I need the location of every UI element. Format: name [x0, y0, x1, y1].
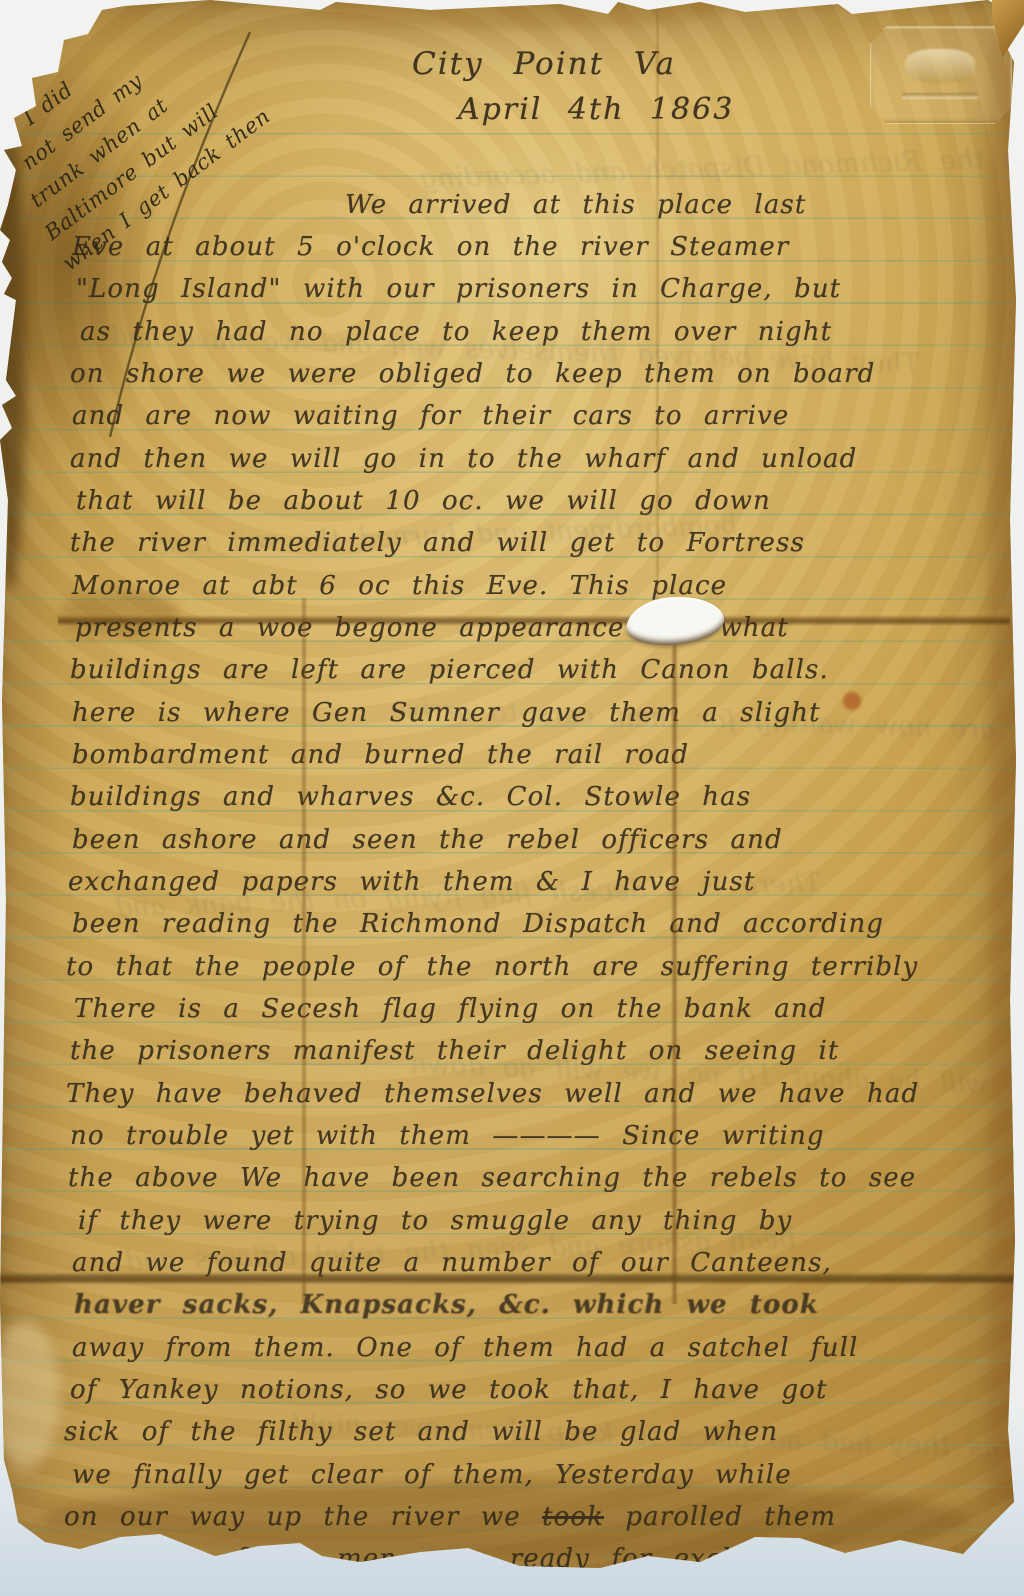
strike-post: parolled them [604, 1502, 836, 1532]
letter-line: as they had no place to keep them over n… [80, 317, 832, 347]
letter-line: sick of the filthy set and will be glad … [64, 1417, 778, 1447]
strike-pre: on our way up the river we [64, 1502, 542, 1532]
stain [300, 0, 730, 28]
embossed-bar [901, 93, 979, 99]
letter-line: of Yankey notions, so we took that, I ha… [70, 1375, 828, 1405]
letter-line: on shore we were obliged to keep them on… [70, 359, 875, 389]
letter-line: the prisoners manifest their delight on … [70, 1036, 839, 1066]
letter-line: the river immediately and will get to Fo… [70, 528, 805, 558]
letter-line: buildings and wharves &c. Col. Stowle ha… [70, 782, 751, 812]
letter-line: been ashore and seen the rebel officers … [72, 825, 783, 855]
letter-line: been reading the Richmond Dispatch and a… [72, 909, 884, 939]
scanned-letter: been reading the Richmond Dispatch and a… [0, 0, 1024, 1596]
letter-date: April 4th 1863 [458, 92, 734, 127]
letter-paper: been reading the Richmond Dispatch and a… [0, 0, 1018, 1576]
letter-line: and are now waiting for their cars to ar… [72, 401, 789, 431]
letter-line-smeared: haver sacks, Knapsacks, &c. which we too… [74, 1290, 819, 1320]
letter-line: we finally get clear of them, Yesterday … [72, 1460, 792, 1490]
letter-line: away from them. One of them had a satche… [72, 1333, 858, 1363]
letter-line: the above We have been searching the reb… [68, 1163, 916, 1193]
letter-line: that will be about 10 oc. we will go dow… [76, 486, 771, 516]
letter-line: and we found quite a number of our Cante… [72, 1248, 832, 1278]
letter-line: bombardment and burned the rail road [72, 740, 689, 770]
embossed-seal [870, 26, 1012, 124]
letter-line: There is a Secesh flag flying on the ban… [74, 994, 827, 1024]
letter-line: no trouble yet with them ———— Since writ… [70, 1121, 825, 1151]
letter-line: as none of our men were ready for exchan… [76, 1544, 808, 1574]
letter-line: We arrived at this place last [345, 190, 806, 220]
letter-line: "Long Island" with our prisoners in Char… [76, 274, 841, 304]
letter-line: They have behaved themselves well and we… [66, 1079, 919, 1109]
letter-line: here is where Gen Sumner gave them a sli… [72, 698, 821, 728]
letter-line: Monroe at abt 6 oc this Eve. This place [72, 571, 727, 601]
embossed-crest [905, 49, 975, 83]
letter-line: buildings are left are pierced with Cano… [70, 655, 829, 685]
letter-line: exchanged papers with them & I have just [68, 867, 755, 897]
letter-line: Eve at about 5 o'clock on the river Stea… [72, 232, 789, 262]
letter-line: if they were trying to smuggle any thing… [78, 1206, 792, 1236]
letter-place: City Point Va [412, 46, 676, 82]
letter-line: and then we will go in to the wharf and … [70, 444, 857, 474]
letter-line-with-strikethrough: on our way up the river we took parolled… [64, 1502, 836, 1532]
letter-line: to that the people of the north are suff… [66, 952, 918, 982]
struck-word: took [542, 1502, 604, 1532]
